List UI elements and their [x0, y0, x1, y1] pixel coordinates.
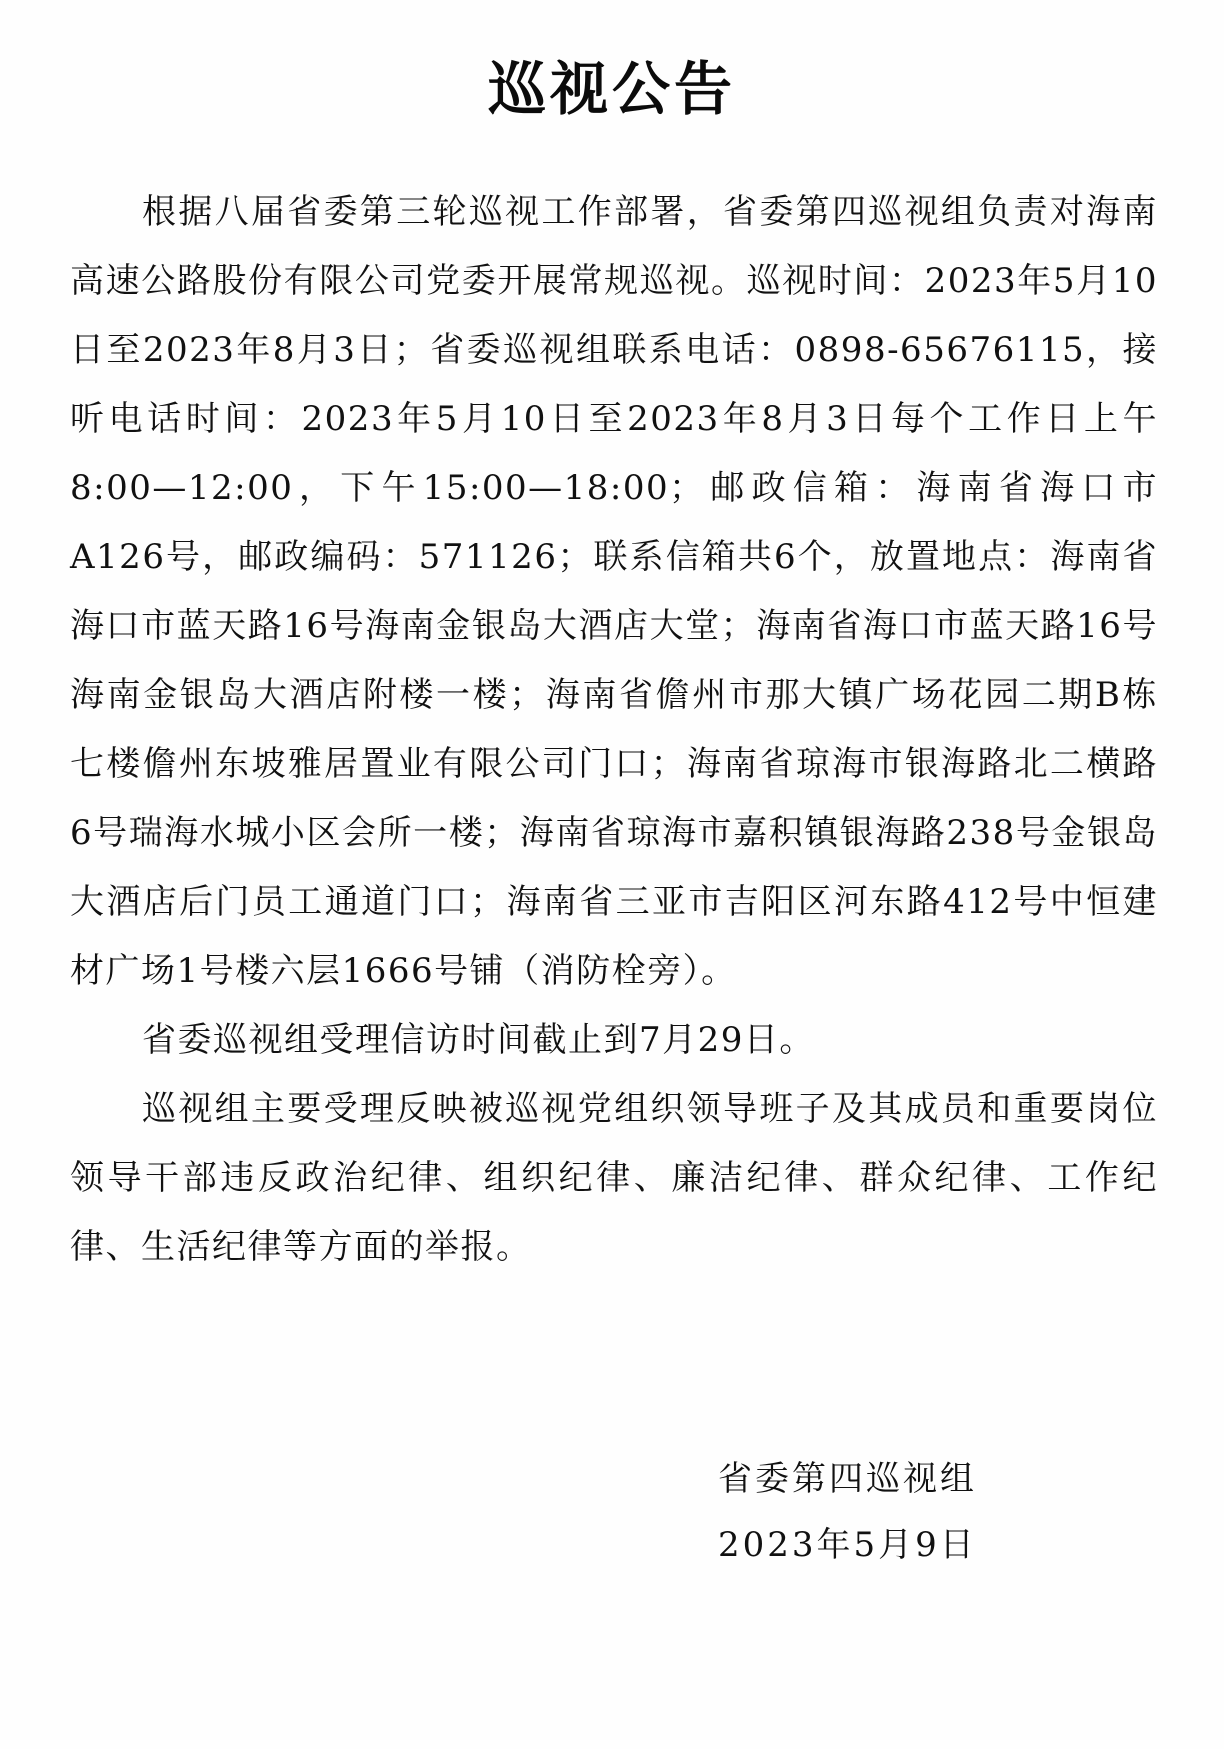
announcement-body: 根据八届省委第三轮巡视工作部署，省委第四巡视组负责对海南高速公路股份有限公司党委…	[70, 178, 1158, 1282]
paragraph-petition-deadline: 省委巡视组受理信访时间截止到7月29日。	[70, 1006, 1158, 1075]
paragraph-inspection-details: 根据八届省委第三轮巡视工作部署，省委第四巡视组负责对海南高速公路股份有限公司党委…	[70, 178, 1158, 1006]
signature-organization: 省委第四巡视组	[718, 1446, 977, 1512]
paragraph-report-scope: 巡视组主要受理反映被巡视党组织领导班子及其成员和重要岗位领导干部违反政治纪律、组…	[70, 1075, 1158, 1282]
announcement-page: 巡视公告 根据八届省委第三轮巡视工作部署，省委第四巡视组负责对海南高速公路股份有…	[0, 0, 1224, 1749]
signature-block: 省委第四巡视组 2023年5月9日	[718, 1446, 977, 1578]
signature-date: 2023年5月9日	[718, 1512, 977, 1578]
page-title: 巡视公告	[0, 42, 1224, 126]
